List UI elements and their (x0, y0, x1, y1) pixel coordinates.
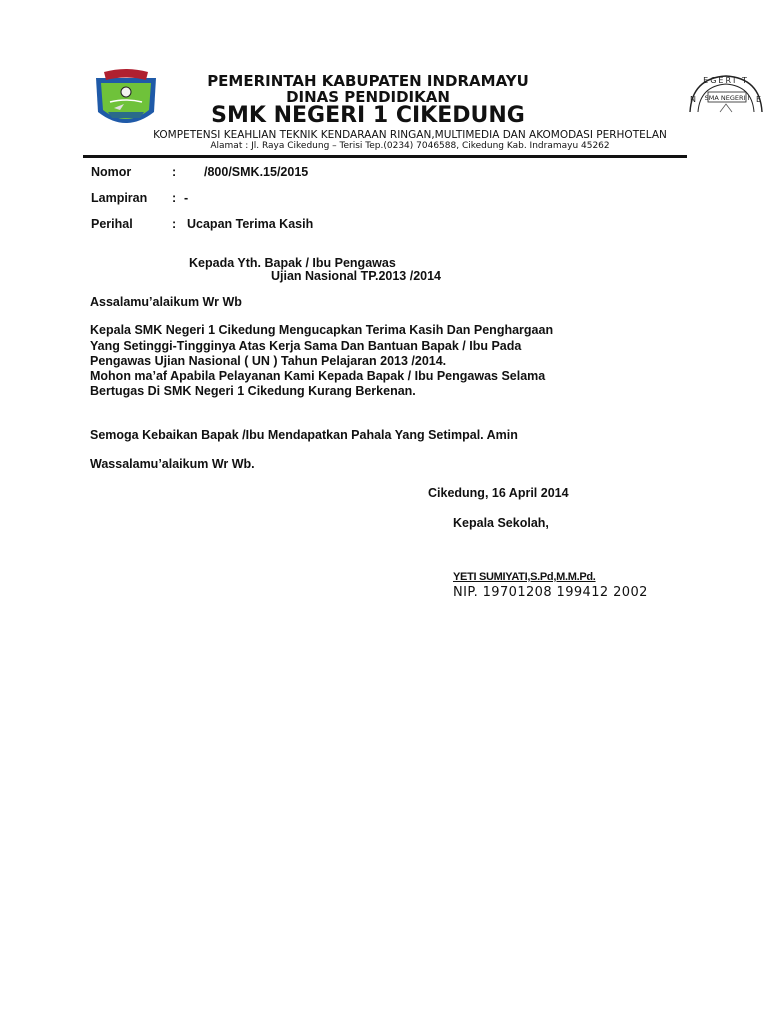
svg-text:E: E (756, 95, 761, 104)
letterhead-divider (83, 155, 687, 158)
svg-text:EGERI T: EGERI T (703, 76, 749, 85)
body-line: Bertugas Di SMK Negeri 1 Cikedung Kurang… (90, 384, 416, 398)
svg-text:N: N (690, 95, 696, 104)
letterhead-competencies: KOMPETENSI KEAHLIAN TEKNIK KENDARAAN RIN… (80, 129, 740, 141)
perihal-label: Perihal (91, 217, 133, 231)
letterhead-school-name: SMK NEGERI 1 CIKEDUNG (88, 103, 648, 128)
greeting: Assalamu’alaikum Wr Wb (90, 295, 242, 309)
nomor-value: /800/SMK.15/2015 (204, 165, 308, 179)
closing-wish: Semoga Kebaikan Bapak /Ibu Mendapatkan P… (90, 428, 518, 442)
body-line: Kepala SMK Negeri 1 Cikedung Mengucapkan… (90, 323, 553, 337)
recipient-line-1: Kepada Yth. Bapak / Ibu Pengawas (189, 256, 396, 270)
lampiran-label: Lampiran (91, 191, 147, 205)
nomor-colon: : (172, 165, 176, 179)
signatory-position: Kepala Sekolah, (453, 516, 549, 530)
signatory-name: YETI SUMIYATI,S.Pd,M.M.Pd. (453, 571, 596, 583)
perihal-colon: : (172, 217, 176, 231)
lampiran-colon: : (172, 191, 176, 205)
body-line: Mohon ma’af Apabila Pelayanan Kami Kepad… (90, 369, 545, 383)
perihal-value: Ucapan Terima Kasih (187, 217, 313, 231)
letterhead-address: Alamat : Jl. Raya Cikedung – Terisi Tep.… (80, 141, 740, 151)
signatory-nip: NIP. 19701208 199412 2002 (453, 585, 648, 600)
nomor-label: Nomor (91, 165, 131, 179)
closing-salutation: Wassalamu’alaikum Wr Wb. (90, 457, 255, 471)
place-date: Cikedung, 16 April 2014 (428, 486, 569, 500)
recipient-line-2: Ujian Nasional TP.2013 /2014 (271, 269, 441, 283)
school-emblem-logo: EGERI T N E SMA NEGERI I (684, 72, 768, 128)
svg-text:SMA NEGERI I: SMA NEGERI I (705, 94, 750, 102)
body-line: Yang Setinggi-Tingginya Atas Kerja Sama … (90, 339, 521, 353)
body-line: Pengawas Ujian Nasional ( UN ) Tahun Pel… (90, 354, 446, 368)
lampiran-value: - (184, 191, 188, 205)
